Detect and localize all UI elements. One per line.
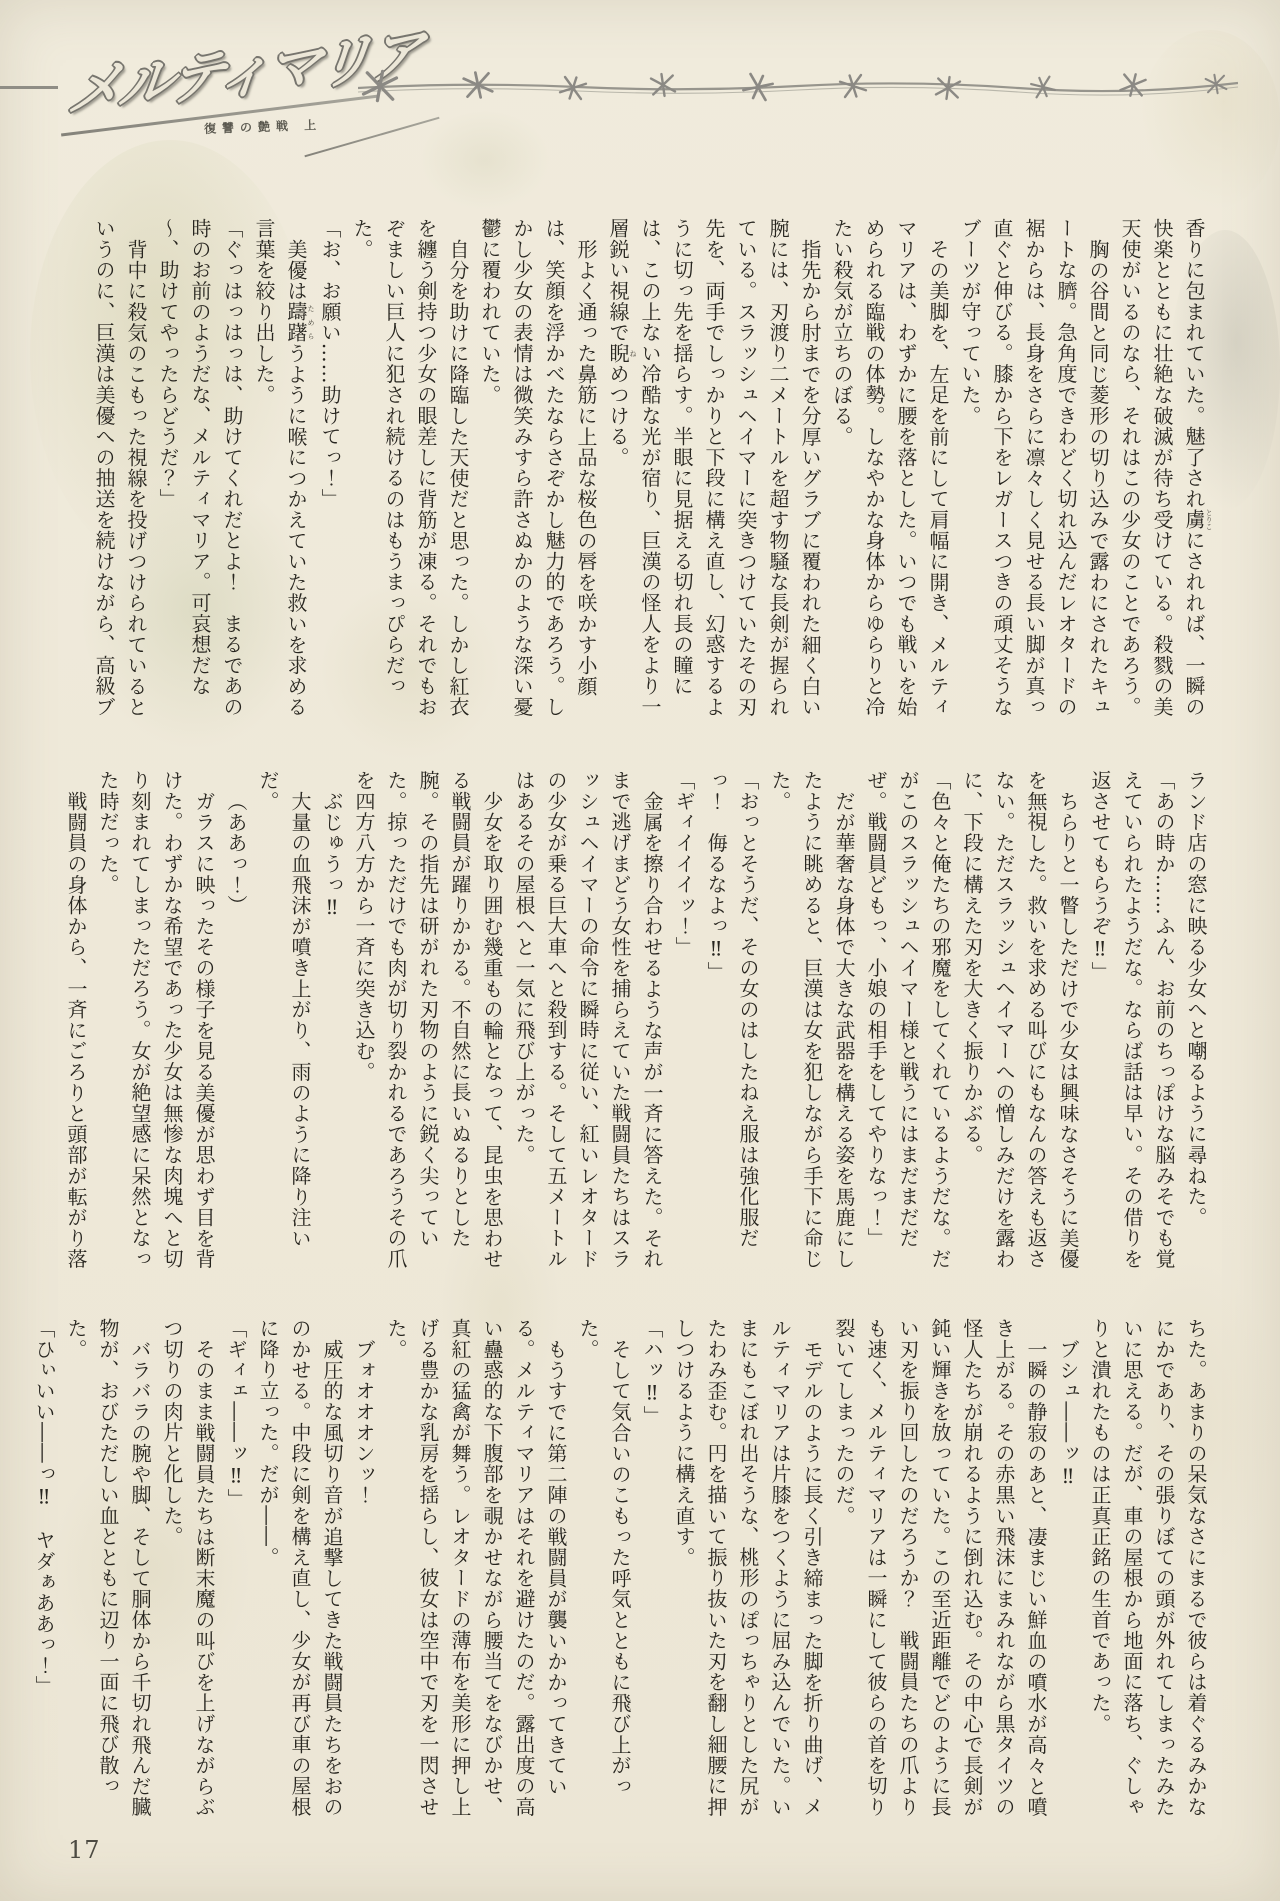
series-logo-subtitle: 復讐の艶戦 上 xyxy=(204,116,323,137)
paragraph: 金属を擦り合わせるような声が一斉に答えた。それまで逃げまどう女性を捕らえていた戦… xyxy=(508,770,668,1276)
paragraph: 威圧的な風切り音が追撃してきた戦闘員たちをおののかせる。中段に剣を構え直し、少女… xyxy=(252,1318,348,1824)
paragraph: 少女を取り囲む幾重もの輪となって、昆虫を思わせる戦闘員が躍りかかる。不自然に長い… xyxy=(348,770,508,1276)
paragraph: 「ハッ‼」 xyxy=(636,1318,668,1824)
paragraph: 「お、お願い……助けてっ！」 xyxy=(314,218,346,724)
text-band-top: 香りに包まれていた。魅了され虜とりこにされれば、一瞬の快楽とともに壮絶な破滅が待… xyxy=(72,218,1212,724)
paragraph: ブシュ――ッ‼ xyxy=(1052,1318,1084,1824)
paragraph: 「色々と俺たちの邪魔をしてくれているようだな。だがこのスラッシュヘイマー様と戦う… xyxy=(860,770,956,1276)
paper-stain xyxy=(420,110,550,210)
barbed-wire-icon xyxy=(358,62,1238,110)
paragraph: 「おっとそうだ、その女のはしたねえ服は強化服だっ！ 侮るなよっ‼」 xyxy=(700,770,764,1276)
paragraph: 「ギィェ――ッ‼」 xyxy=(220,1318,252,1824)
paragraph: そして気合いのこもった呼気とともに飛び上がった。 xyxy=(572,1318,636,1824)
paragraph: ガラスに映ったその様子を見る美優が思わず目を背けた。わずかな希望であった少女は無… xyxy=(92,770,220,1276)
paragraph: 形よく通った鼻筋に上品な桜色の唇を咲かす小顔は、笑顔を浮かべたならさぞかし魅力的… xyxy=(474,218,602,724)
paragraph: 香りに包まれていた。魅了され虜とりこにされれば、一瞬の快楽とともに壮絶な破滅が待… xyxy=(1114,218,1212,724)
paragraph: 大量の血飛沫が噴き上がり、雨のように降り注いだ。 xyxy=(252,770,316,1276)
paragraph: 「あの時か……ふん、お前のちっぽけな脳みそでも覚えていられたようだな。ならば話は… xyxy=(1084,770,1180,1276)
paragraph: 美優は躊躇ためらうように喉につかえていた救いを求める言葉を絞り出した。 xyxy=(248,218,314,724)
paper-stain xyxy=(1140,30,1280,210)
paragraph: 一瞬の静寂のあと、凄まじい鮮血の噴水が高々と噴き上がる。その赤黒い飛沫にまみれな… xyxy=(828,1318,1052,1824)
page-number: 17 xyxy=(68,1836,101,1864)
paragraph: ちらりと一瞥しただけで少女は興味なさそうに美優を無視した。救いを求める叫びにもな… xyxy=(956,770,1084,1276)
text-band-bottom: ちた。あまりの呆気なさにまるで彼らは着ぐるみかなにかであり、その張りぼての頭が外… xyxy=(72,1318,1212,1824)
paragraph: 胸の谷間と同じ菱形の切り込みで露わにされたキュートな臍。急角度できわどく切れ込ん… xyxy=(954,218,1114,724)
paragraph: （ああっ！） xyxy=(220,770,252,1276)
paragraph: バラバラの腕や脚、そして胴体から千切れ飛んだ臓物が、おびただしい血とともに辺り一… xyxy=(60,1318,156,1824)
paragraph: ちた。あまりの呆気なさにまるで彼らは着ぐるみかなにかであり、その張りぼての頭が外… xyxy=(1084,1318,1212,1824)
scanned-novel-page: メルティマリア 復讐の艶戦 上 香りに包まれていた。魅了され虜とりこにされれば、… xyxy=(0,0,1280,1901)
paragraph: だが華奢な身体で大きな武器を構える姿を馬鹿にしたように眺めると、巨漢は女を犯しな… xyxy=(764,770,860,1276)
paragraph: ブォオオオンッ！ xyxy=(348,1318,380,1824)
paragraph: 「ギィイイイッ！」 xyxy=(668,770,700,1276)
paragraph: 自分を助けに降臨した天使だと思った。しかし紅衣を纏う剣持つ少女の眼差しに背筋が凍… xyxy=(346,218,474,724)
logo-underline-tail xyxy=(304,117,439,158)
paragraph: そのまま戦闘員たちは断末魔の叫びを上げながらぶつ切りの肉片と化した。 xyxy=(156,1318,220,1824)
paragraph: もうすでに第二陣の戦闘員が襲いかかってきている。メルティマリアはそれを避けたのだ… xyxy=(380,1318,572,1824)
paragraph: モデルのように長く引き締まった脚を折り曲げ、メルティマリアは片膝をつくように屈み… xyxy=(668,1318,828,1824)
paragraph: ぶじゅうっ‼ xyxy=(316,770,348,1276)
margin-rule xyxy=(0,86,58,89)
paragraph: ランド店の窓に映る少女へと嘲るように尋ねた。 xyxy=(1180,770,1212,1276)
paragraph: 指先から肘までを分厚いグラブに覆われた細く白い腕には、刃渡り二メートルを超す物騒… xyxy=(602,218,826,724)
paragraph: 「ひぃいい――っ‼ ヤダぁああっ！」 xyxy=(28,1318,60,1824)
paragraph: 戦闘員の身体から、一斉にごろりと頭部が転がり落 xyxy=(60,770,92,1276)
paragraph: その美脚を、左足を前にして肩幅に開き、メルティマリアは、わずかに腰を落とした。い… xyxy=(826,218,954,724)
paragraph: 背中に殺気のこもった視線を投げつけられているというのに、巨漢は美優への抽送を続け… xyxy=(88,218,152,724)
text-band-middle: ランド店の窓に映る少女へと嘲るように尋ねた。「あの時か……ふん、お前のちっぽけな… xyxy=(72,770,1212,1276)
paragraph: 「ぐっはっはっは、助けてくれだとよ！ まるであの時のお前のようだな、メルティマリ… xyxy=(152,218,248,724)
